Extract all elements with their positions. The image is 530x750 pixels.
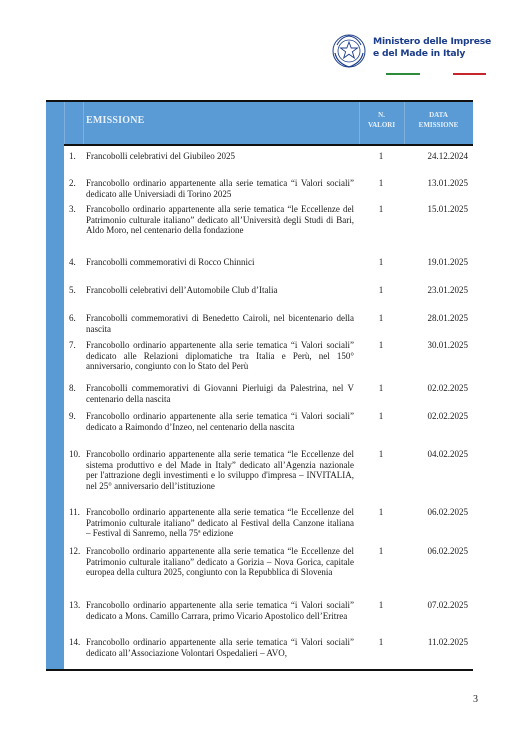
table-bottom-border <box>46 669 473 671</box>
row-data-emissione: 15.01.2025 <box>422 204 468 215</box>
row-n-valori: 1 <box>375 340 387 351</box>
row-data-emissione: 07.02.2025 <box>422 600 468 611</box>
row-description: Francobollo ordinario appartenente alla … <box>86 340 354 372</box>
row-data-emissione: 13.01.2025 <box>422 178 468 189</box>
row-description: Francobollo ordinario appartenente alla … <box>86 507 354 539</box>
row-n-valori: 1 <box>375 507 387 518</box>
ministry-name: Ministero delle Imprese e del Made in It… <box>373 36 491 59</box>
row-description: Francobollo ordinario appartenente alla … <box>86 449 354 491</box>
column-header-data-line2: EMISSIONE <box>404 121 473 131</box>
row-number: 8. <box>69 383 85 394</box>
ministry-logo: Ministero delle Imprese e del Made in It… <box>331 33 491 77</box>
row-n-valori: 1 <box>375 600 387 611</box>
row-n-valori: 1 <box>375 285 387 296</box>
row-n-valori: 1 <box>375 449 387 460</box>
row-n-valori: 1 <box>375 257 387 268</box>
row-data-emissione: 23.01.2025 <box>422 285 468 296</box>
row-description: Francobollo ordinario appartenente alla … <box>86 178 354 199</box>
column-header-emissione: EMISSIONE <box>86 115 145 126</box>
column-header-n-valori: N. VALORI <box>359 111 404 130</box>
row-description: Francobolli commemorativi di Giovanni Pi… <box>86 383 354 404</box>
row-number: 5. <box>69 285 85 296</box>
ministry-name-line2: e del Made in Italy <box>373 48 491 60</box>
row-number: 2. <box>69 178 85 189</box>
row-description: Francobollo ordinario appartenente alla … <box>86 546 354 578</box>
row-data-emissione: 19.01.2025 <box>422 257 468 268</box>
row-n-valori: 1 <box>375 204 387 215</box>
row-n-valori: 1 <box>375 178 387 189</box>
row-description: Francobolli celebrativi dell’Automobile … <box>86 285 354 296</box>
row-n-valori: 1 <box>375 637 387 648</box>
table-left-strip <box>46 102 64 669</box>
row-data-emissione: 06.02.2025 <box>422 507 468 518</box>
row-data-emissione: 24.12.2024 <box>422 151 468 162</box>
row-description: Francobollo ordinario appartenente alla … <box>86 411 354 432</box>
flag-green-bar <box>386 73 420 75</box>
row-n-valori: 1 <box>375 313 387 324</box>
row-n-valori: 1 <box>375 151 387 162</box>
row-data-emissione: 02.02.2025 <box>422 411 468 422</box>
row-number: 10. <box>69 449 85 460</box>
row-description: Francobollo ordinario appartenente alla … <box>86 204 354 236</box>
row-number: 9. <box>69 411 85 422</box>
header-bottom-rule <box>64 144 473 146</box>
row-number: 7. <box>69 340 85 351</box>
row-number: 14. <box>69 637 85 648</box>
row-number: 11. <box>69 507 85 518</box>
row-number: 6. <box>69 313 85 324</box>
column-header-data-emissione: DATA EMISSIONE <box>404 111 473 130</box>
row-data-emissione: 11.02.2025 <box>422 637 468 648</box>
row-data-emissione: 06.02.2025 <box>422 546 468 557</box>
header-divider <box>83 102 84 144</box>
row-n-valori: 1 <box>375 411 387 422</box>
row-description: Francobollo ordinario appartenente alla … <box>86 637 354 658</box>
row-data-emissione: 28.01.2025 <box>422 313 468 324</box>
page-number: 3 <box>473 694 478 705</box>
ministry-name-line1: Ministero delle Imprese <box>373 36 491 48</box>
table-top-border <box>46 100 473 102</box>
row-number: 4. <box>69 257 85 268</box>
flag-red-bar <box>453 73 486 75</box>
column-header-n-valori-line2: VALORI <box>359 121 404 131</box>
row-number: 13. <box>69 600 85 611</box>
row-data-emissione: 02.02.2025 <box>422 383 468 394</box>
header-divider <box>64 102 65 144</box>
row-description: Francobolli celebrativi del Giubileo 202… <box>86 151 354 162</box>
row-n-valori: 1 <box>375 546 387 557</box>
column-header-data-line1: DATA <box>404 111 473 121</box>
row-data-emissione: 30.01.2025 <box>422 340 468 351</box>
row-description: Francobolli commemorativi di Rocco Chinn… <box>86 257 354 268</box>
stamp-emissions-table: EMISSIONE N. VALORI DATA EMISSIONE 1.Fra… <box>46 100 473 672</box>
row-description: Francobolli commemorativi di Benedetto C… <box>86 313 354 334</box>
row-data-emissione: 04.02.2025 <box>422 449 468 460</box>
row-number: 12. <box>69 546 85 557</box>
italian-republic-emblem-icon <box>331 33 367 69</box>
row-n-valori: 1 <box>375 383 387 394</box>
table-header: EMISSIONE N. VALORI DATA EMISSIONE <box>46 102 473 144</box>
row-description: Francobollo ordinario appartenente alla … <box>86 600 354 621</box>
column-header-n-valori-line1: N. <box>359 111 404 121</box>
row-number: 3. <box>69 204 85 215</box>
row-number: 1. <box>69 151 85 162</box>
